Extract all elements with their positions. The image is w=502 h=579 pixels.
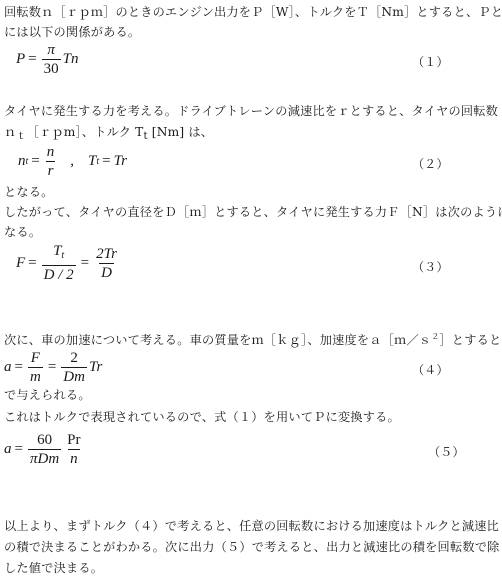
eq2-equals-a: = [31,153,39,170]
eq5-numerator-1: 60 [35,432,54,449]
eq3-lhs: F [16,255,25,272]
paragraph-1-line-2: には以下の関係がある。 [4,24,140,40]
eq2-denominator: r [46,161,56,179]
eq2-equals-b: = [102,153,110,170]
equation-3: F = Tt D / 2 = 2Tr D [16,243,121,283]
eq4-equals-1: = [15,359,23,376]
equation-number-3: （３） [412,259,449,275]
eq3-fraction-1: Tt D / 2 [42,243,76,283]
eq1-fraction: π 30 [42,42,61,77]
paragraph-6-line-1: 以上より、まずトルク（４）で考えると、任意の回転数における加速度はトルクと減速比 [4,518,499,534]
eq1-rhs: Tn [63,51,79,68]
paragraph-3-line-3: なる。 [4,224,41,240]
equation-5: a = 60 πDm Pr n [4,432,85,467]
eq5-fraction-2: Pr n [65,432,82,467]
eq3-equals-2: = [81,255,89,272]
eq5-denominator-1: πDm [28,449,61,467]
eq2-separator: , [70,153,74,170]
eq5-fraction-1: 60 πDm [28,432,61,467]
n-t-symbol: ｎ [4,125,16,139]
paragraph-6-line-2: の積で決まることがわかる。次に出力（５）で考えると、出力と減速比の積を回転数で除 [4,539,500,555]
eq3-numerator-2: 2Tr [94,246,119,263]
acceleration-intro-tail: ］とすると、 [439,333,502,347]
eq4-equals-2: = [48,359,56,376]
eq4-numerator-2: 2 [68,350,80,367]
eq4-rhs: Tr [89,359,102,376]
equation-number-5: （５） [428,444,465,460]
equation-number-4: （４） [412,362,449,378]
paragraph-6-line-3: した値で決まる。 [4,560,103,576]
eq3-fraction-2: 2Tr D [94,246,119,281]
equation-1: P = π 30 Tn [16,42,78,77]
eq2-rhs: Tr [114,153,127,170]
eq3-denominator-1: D / 2 [42,265,76,283]
eq1-lhs: P [16,51,25,68]
eq4-fraction-2: 2 Dm [61,350,87,385]
equation-4: a = F m = 2 Dm Tr [4,350,102,385]
eq4-fraction-1: F m [28,350,43,385]
eq4-lhs: a [4,359,12,376]
eq1-denominator: 30 [42,59,61,77]
eq1-numerator: π [45,42,57,59]
paragraph-3-line-1: となる。 [4,184,54,200]
equation-2: nt = n r , Tt = Tr [18,144,127,179]
n-t-subscript: ｔ [16,131,26,142]
paragraph-1-line-1: 回転数ｎ［ｒｐｍ］のときのエンジン出力をＰ［W］、トルクをＴ［Nm］とすると、Ｐ… [4,4,502,20]
eq3-equals-1: = [28,255,36,272]
eq2-numerator: n [45,144,57,161]
eq2-tt: T [88,153,96,170]
eq5-lhs: a [4,441,12,458]
paragraph-5-line-2: これはトルクで表現されているので、式（１）を用いてＰに変換する。 [4,409,400,425]
eq5-denominator-2: n [68,449,80,467]
rpm-torque-text: ［ｒｐm］、トルク T [27,125,144,139]
eq4-numerator-1: F [29,350,42,367]
paragraph-2-line-1: タイヤに発生する力を考える。ドライブトレーンの減速比をｒとすると、タイヤの回転数 [4,103,498,119]
paragraph-3-line-2: したがって、タイヤの直径をＤ［ｍ］とすると、タイヤに発生する力Ｆ［N］は次のよう… [4,204,502,220]
eq1-equals: = [28,51,36,68]
equation-number-2: （２） [412,156,449,172]
eq5-numerator-2: Pr [65,432,82,449]
eq3-denominator-2: D [99,263,114,281]
eq2-fraction: n r [45,144,57,179]
equation-number-1: （１） [412,54,449,70]
eq3-numerator-1-sub: t [61,250,64,261]
eq2-tt-sub: t [96,156,99,167]
paragraph-5-line-1: で与えられる。 [4,387,91,403]
eq2-nt: n [18,153,26,170]
eq4-denominator-2: Dm [61,367,87,385]
paragraph-2-line-2: ｎｔ［ｒｐm］、トルク Tt [Nm] は、 [4,124,213,145]
paragraph-4-line-1: 次に、車の加速について考える。車の質量をｍ［ｋｇ］、加速度をａ［ｍ／ｓ２］とする… [4,329,502,348]
acceleration-intro-text: 次に、車の加速について考える。車の質量をｍ［ｋｇ］、加速度をａ［ｍ／ｓ [4,333,431,347]
eq2-nt-sub: t [26,156,29,167]
eq4-denominator-1: m [28,367,43,385]
eq5-equals: = [15,441,23,458]
nm-text: [Nm] は、 [148,125,213,139]
